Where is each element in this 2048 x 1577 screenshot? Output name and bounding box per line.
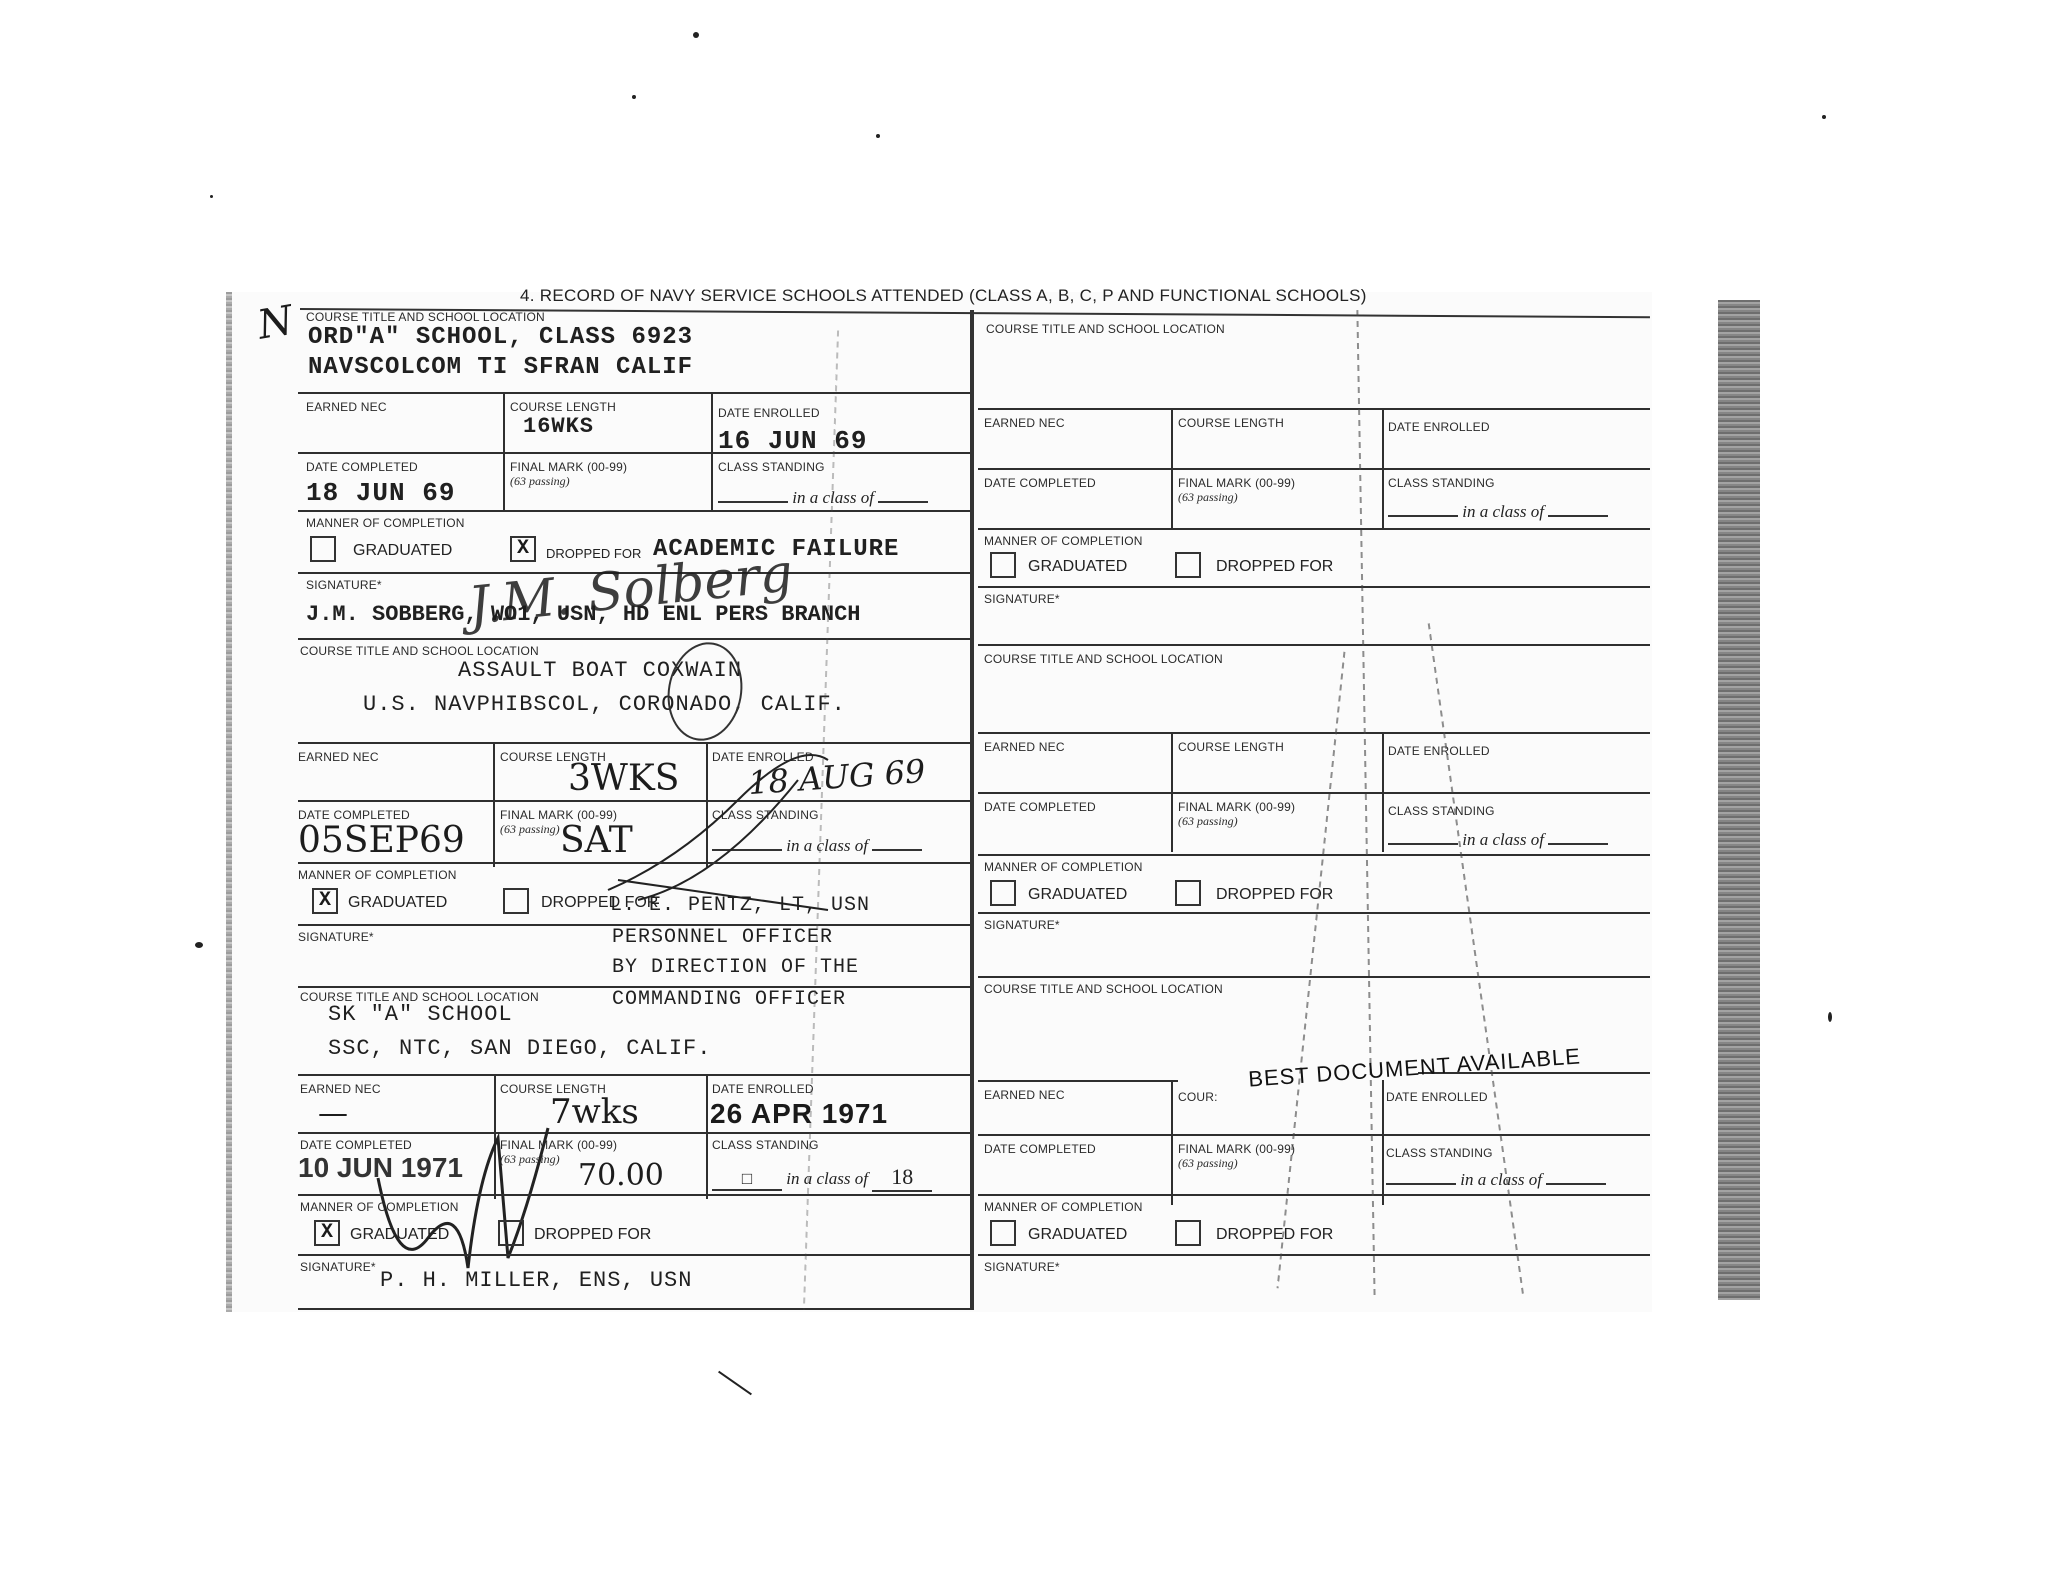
- earned-nec-label: EARNED NEC: [298, 750, 379, 764]
- final-mark-value: SAT: [560, 820, 633, 861]
- rule: [1171, 1080, 1173, 1205]
- rule: [706, 742, 708, 867]
- class-standing-label: CLASS STANDING: [712, 1138, 819, 1152]
- scan-speck: [1828, 1012, 1832, 1022]
- scan-mark: [718, 1371, 752, 1396]
- rule: [298, 452, 970, 454]
- final-mark-label: FINAL MARK (00-99): [1178, 800, 1295, 814]
- rule: [298, 392, 970, 394]
- final-mark-label: FINAL MARK (00-99): [1178, 476, 1295, 490]
- rule: [706, 1074, 708, 1199]
- graduated-label: GRADUATED: [1028, 558, 1127, 576]
- column-divider: [970, 310, 974, 1310]
- in-a-class-of-text: in a class of: [1462, 830, 1544, 849]
- signature-line1: L. E. PENTZ, LT, USN: [610, 894, 870, 917]
- date-enrolled-label: DATE ENROLLED: [1388, 744, 1490, 758]
- signature-label: SIGNATURE*: [984, 1260, 1060, 1274]
- right-column: COURSE TITLE AND SCHOOL LOCATION EARNED …: [978, 310, 1650, 1310]
- scan-speck: [195, 942, 203, 948]
- final-mark-note: (63 passing): [1178, 814, 1238, 829]
- course-length-label: COURSE LENGTH: [1178, 416, 1284, 430]
- school-entry-empty-1: COURSE TITLE AND SCHOOL LOCATION EARNED …: [978, 310, 1650, 650]
- final-mark-note: (63 passing): [1178, 490, 1238, 505]
- rule: [978, 1134, 1650, 1136]
- class-standing-label: CLASS STANDING: [1388, 476, 1495, 490]
- course-title-line1: SK "A" SCHOOL: [328, 1002, 513, 1027]
- course-title-label: COURSE TITLE AND SCHOOL LOCATION: [300, 644, 539, 658]
- final-mark-note: (63 passing): [1178, 1156, 1238, 1171]
- rule: [978, 912, 1650, 914]
- final-mark-label: FINAL MARK (00-99): [1178, 1142, 1295, 1156]
- rule: [298, 1308, 970, 1310]
- rule: [298, 742, 970, 744]
- course-title-label: COURSE TITLE AND SCHOOL LOCATION: [986, 322, 1225, 336]
- date-enrolled-label: DATE ENROLLED: [1388, 420, 1490, 434]
- course-length-label-partial: COUR:: [1178, 1090, 1218, 1104]
- date-enrolled-value: 26 APR 1971: [710, 1098, 888, 1130]
- earned-nec-label: EARNED NEC: [984, 416, 1065, 430]
- rule: [298, 510, 970, 512]
- date-completed-label: DATE COMPLETED: [984, 800, 1096, 814]
- signature-typed: P. H. MILLER, ENS, USN: [380, 1268, 692, 1293]
- rule: [298, 800, 970, 802]
- dropped-for-label: DROPPED FOR: [1216, 886, 1333, 904]
- rule: [978, 586, 1650, 588]
- dropped-checkbox[interactable]: [503, 888, 529, 914]
- graduated-label: GRADUATED: [1028, 886, 1127, 904]
- signature-label: SIGNATURE*: [984, 592, 1060, 606]
- class-standing-value: □: [712, 1169, 782, 1191]
- dropped-checkbox[interactable]: [1175, 552, 1201, 578]
- course-title-label: COURSE TITLE AND SCHOOL LOCATION: [984, 982, 1223, 996]
- left-column: COURSE TITLE AND SCHOOL LOCATION ORD"A" …: [298, 310, 970, 1310]
- graduated-label: GRADUATED: [348, 894, 447, 912]
- graduated-label: GRADUATED: [1028, 1226, 1127, 1244]
- rule: [978, 854, 1650, 856]
- in-a-class-of-text: in a class of: [786, 1169, 868, 1188]
- course-title-label: COURSE TITLE AND SCHOOL LOCATION: [984, 652, 1223, 666]
- rule: [298, 1132, 970, 1134]
- rule: [978, 1254, 1650, 1256]
- date-completed-value: 05SEP69: [298, 820, 465, 861]
- course-title-label: COURSE TITLE AND SCHOOL LOCATION: [306, 310, 545, 324]
- rule: [298, 862, 970, 864]
- graduated-checkbox[interactable]: [310, 536, 336, 562]
- course-title-line2: NAVSCOLCOM TI SFRAN CALIF: [308, 354, 693, 381]
- class-standing-label: CLASS STANDING: [1388, 804, 1495, 818]
- final-mark-label: FINAL MARK (00-99): [500, 1138, 617, 1152]
- final-mark-note: (63 passing): [500, 822, 560, 837]
- rule: [493, 742, 495, 867]
- dropped-checkbox[interactable]: [498, 1220, 524, 1246]
- date-enrolled-label: DATE ENROLLED: [712, 1082, 814, 1096]
- date-completed-value: 10 JUN 1971: [298, 1152, 463, 1184]
- course-title-line2: SSC, NTC, SAN DIEGO, CALIF.: [328, 1036, 711, 1061]
- class-standing-label: CLASS STANDING: [1386, 1146, 1493, 1160]
- graduated-label: GRADUATED: [350, 1226, 449, 1244]
- scan-speck: [210, 195, 213, 198]
- signature-label: SIGNATURE*: [984, 918, 1060, 932]
- earned-nec-label: EARNED NEC: [984, 740, 1065, 754]
- manner-of-completion-label: MANNER OF COMPLETION: [298, 868, 457, 882]
- manner-of-completion-label: MANNER OF COMPLETION: [984, 860, 1143, 874]
- final-mark-note: (63 passing): [500, 1152, 560, 1167]
- in-a-class-of-text: in a class of: [1460, 1170, 1542, 1189]
- date-enrolled-label: DATE ENROLLED: [718, 406, 820, 420]
- school-entry-2: COURSE TITLE AND SCHOOL LOCATION ASSAULT…: [298, 640, 970, 975]
- final-mark-label: FINAL MARK (00-99): [510, 460, 627, 474]
- signature-line4: COMMANDING OFFICER: [612, 988, 846, 1011]
- manner-of-completion-label: MANNER OF COMPLETION: [300, 1200, 459, 1214]
- course-title-line2: U.S. NAVPHIBSCOL, CORONADO, CALIF.: [363, 692, 846, 717]
- course-length-value: 3WKS: [568, 758, 679, 799]
- class-standing-line: in a class of: [1388, 502, 1608, 522]
- dropped-checkbox[interactable]: [1175, 1220, 1201, 1246]
- class-standing-label: CLASS STANDING: [718, 460, 825, 474]
- earned-nec-label: EARNED NEC: [306, 400, 387, 414]
- earned-nec-label: EARNED NEC: [300, 1082, 381, 1096]
- class-size-value: 18: [872, 1164, 932, 1192]
- final-mark-note: (63 passing): [510, 474, 570, 489]
- dropped-for-label: DROPPED FOR: [546, 546, 641, 561]
- school-entry-empty-3: COURSE TITLE AND SCHOOL LOCATION EARNED …: [978, 976, 1650, 1310]
- course-length-value: 7wks: [550, 1092, 639, 1132]
- rule: [1382, 1080, 1384, 1205]
- date-completed-label: DATE COMPLETED: [300, 1138, 412, 1152]
- course-length-label: COURSE LENGTH: [1178, 740, 1284, 754]
- rule: [978, 1080, 1178, 1082]
- graduated-checkbox[interactable]: [990, 552, 1016, 578]
- class-standing-label: CLASS STANDING: [712, 808, 819, 822]
- course-title-line1: ORD"A" SCHOOL, CLASS 6923: [308, 324, 693, 351]
- manner-of-completion-label: MANNER OF COMPLETION: [984, 1200, 1143, 1214]
- class-standing-line: in a class of: [712, 836, 922, 856]
- rule: [298, 1254, 970, 1256]
- dropped-for-label: DROPPED FOR: [1216, 558, 1333, 576]
- signature-line2: PERSONNEL OFFICER: [612, 926, 833, 949]
- course-length-value: 16WKS: [523, 414, 594, 439]
- date-enrolled-label: DATE ENROLLED: [1386, 1090, 1488, 1104]
- rule: [298, 1194, 970, 1196]
- date-completed-label: DATE COMPLETED: [984, 476, 1096, 490]
- course-length-label: COURSE LENGTH: [510, 400, 616, 414]
- dropped-for-label: DROPPED FOR: [1216, 1226, 1333, 1244]
- scan-edge-right: [1718, 300, 1760, 1300]
- in-a-class-of-text: in a class of: [1462, 502, 1544, 521]
- date-completed-label: DATE COMPLETED: [984, 1142, 1096, 1156]
- graduated-checkbox[interactable]: [990, 880, 1016, 906]
- rule: [978, 732, 1650, 734]
- dropped-checkbox[interactable]: [1175, 880, 1201, 906]
- class-standing-line: in a class of: [1386, 1170, 1606, 1190]
- rule: [978, 1194, 1650, 1196]
- dropped-checkbox[interactable]: X: [510, 536, 536, 562]
- graduated-checkbox[interactable]: X: [314, 1220, 340, 1246]
- final-mark-value: 70.00: [578, 1158, 664, 1193]
- rule: [978, 528, 1650, 530]
- date-completed-label: DATE COMPLETED: [306, 460, 418, 474]
- class-standing-line: in a class of: [718, 488, 928, 508]
- manner-of-completion-label: MANNER OF COMPLETION: [306, 516, 465, 530]
- dropped-for-label: DROPPED FOR: [534, 1226, 651, 1244]
- class-standing-line: □ in a class of 18: [712, 1164, 932, 1192]
- scan-speck: [876, 134, 880, 138]
- earned-nec-label: EARNED NEC: [984, 1088, 1065, 1102]
- circle-annotation: [660, 636, 750, 746]
- rule: [494, 1074, 496, 1199]
- in-a-class-of-text: in a class of: [786, 836, 868, 855]
- scan-speck: [693, 32, 699, 38]
- signature-label: SIGNATURE*: [298, 930, 374, 944]
- rule: [298, 1074, 970, 1076]
- scan-speck: [1822, 115, 1826, 119]
- rule: [978, 468, 1650, 470]
- earned-nec-value: —: [318, 1096, 348, 1131]
- signature-label: SIGNATURE*: [306, 578, 382, 592]
- manner-of-completion-label: MANNER OF COMPLETION: [984, 534, 1143, 548]
- school-entry-1: COURSE TITLE AND SCHOOL LOCATION ORD"A" …: [298, 310, 970, 640]
- graduated-checkbox[interactable]: [990, 1220, 1016, 1246]
- rule: [978, 408, 1650, 410]
- school-entry-3: COURSE TITLE AND SCHOOL LOCATION COMMAND…: [298, 968, 970, 1310]
- date-completed-value: 18 JUN 69: [306, 478, 455, 508]
- scan-speck: [632, 95, 636, 99]
- graduated-checkbox[interactable]: X: [312, 888, 338, 914]
- signature-label: SIGNATURE*: [300, 1260, 376, 1274]
- graduated-label: GRADUATED: [353, 542, 452, 560]
- class-standing-line: in a class of: [1388, 830, 1608, 850]
- rule: [978, 792, 1650, 794]
- form-header: 4. RECORD OF NAVY SERVICE SCHOOLS ATTEND…: [520, 286, 1440, 306]
